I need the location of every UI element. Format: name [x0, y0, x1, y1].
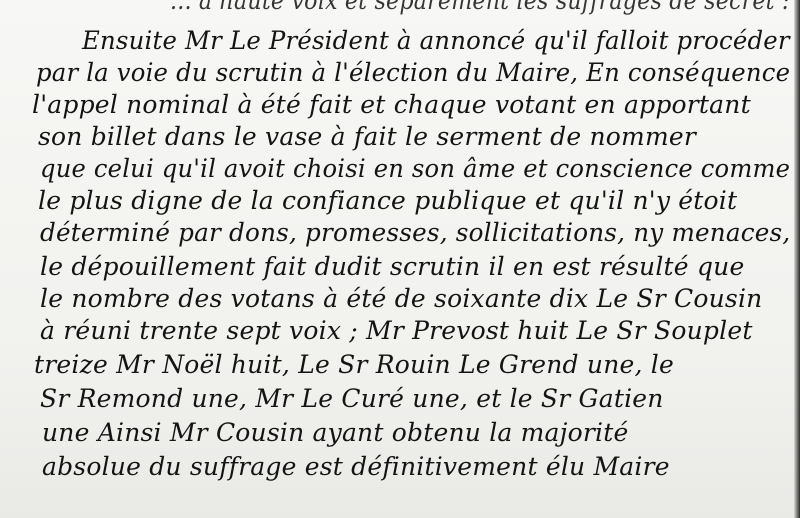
text-line-9: le nombre des votans à été de soixante d… — [40, 284, 762, 313]
text-line-6: le plus digne de la confiance publique e… — [38, 186, 737, 215]
page-edge-shadow — [794, 0, 800, 518]
text-line-13: une Ainsi Mr Cousin ayant obtenu la majo… — [42, 418, 628, 447]
text-line-0: ... à haute voix et séparément les suffr… — [170, 0, 790, 15]
manuscript-page: ... à haute voix et séparément les suffr… — [0, 0, 800, 518]
text-line-5: que celui qu'il avoit choisi en son âme … — [40, 154, 790, 183]
text-line-12: Sr Remond une, Mr Le Curé une, et le Sr … — [40, 384, 664, 413]
text-line-2: par la voie du scrutin à l'élection du M… — [36, 58, 790, 87]
text-line-10: à réuni trente sept voix ; Mr Prevost hu… — [40, 316, 753, 345]
text-line-8: le dépouillement fait dudit scrutin il e… — [40, 252, 744, 281]
text-line-1: Ensuite Mr Le Président à annoncé qu'il … — [82, 26, 790, 55]
text-line-11: treize Mr Noël huit, Le Sr Rouin Le Gren… — [34, 350, 674, 379]
text-line-14: absolue du suffrage est définitivement é… — [42, 452, 670, 481]
text-line-4: son billet dans le vase à fait le sermen… — [38, 122, 696, 151]
text-line-3: l'appel nominal à été fait et chaque vot… — [32, 90, 751, 119]
text-line-7: déterminé par dons, promesses, sollicita… — [40, 218, 790, 247]
